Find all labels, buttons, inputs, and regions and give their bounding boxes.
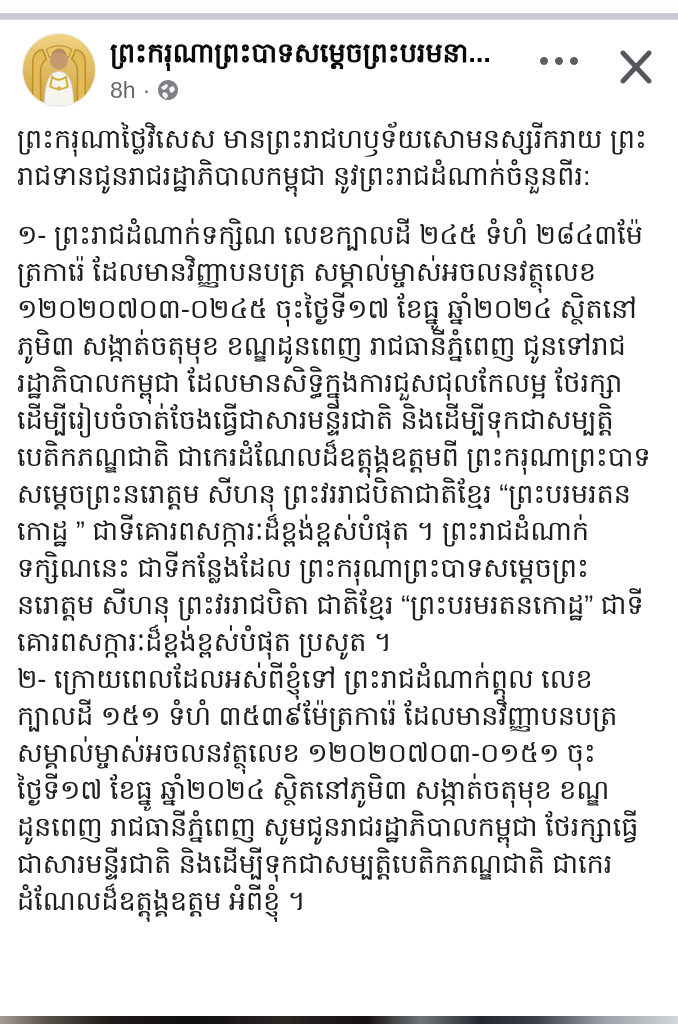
post-meta: 8h · (110, 77, 530, 104)
meta-separator: · (143, 77, 151, 104)
profile-avatar[interactable] (22, 33, 96, 107)
more-options-button[interactable] (538, 45, 580, 77)
facebook-post-overlay: ព្រះករុណាព្រះបាទសម្ដេចព្រះបរមនា... 8h · (0, 0, 678, 1024)
attached-photo-top-edge[interactable] (0, 1016, 678, 1024)
header-actions (538, 33, 658, 89)
post-intro: ព្រះករុណាថ្លៃវិសេស មានព្រះរាជហឫទ័យសោមនស្… (17, 121, 661, 195)
post-item-2: ២- ក្រោយពេលដែលអស់ពីខ្ញុំទៅ ព្រះរាជដំណាក់… (17, 661, 661, 920)
post-body: ព្រះករុណាថ្លៃវិសេស មានព្រះរាជហឫទ័យសោមនស្… (0, 113, 678, 920)
timestamp[interactable]: 8h (110, 77, 136, 104)
more-options-icon (540, 57, 548, 65)
close-button[interactable] (614, 45, 658, 89)
top-margin (0, 0, 678, 13)
close-icon (614, 45, 658, 89)
page-title[interactable]: ព្រះករុណាព្រះបាទសម្ដេចព្រះបរមនា... (110, 37, 530, 71)
header-text-block: ព្រះករុណាព្រះបាទសម្ដេចព្រះបរមនា... 8h · (110, 33, 530, 104)
post-item-1: ១- ព្រះរាជដំណាក់ទក្សិណ លេខក្បាលដី ២៤៥ ទំ… (17, 217, 661, 661)
post-header: ព្រះករុណាព្រះបាទសម្ដេចព្រះបរមនា... 8h · (0, 20, 678, 113)
avatar-image (23, 34, 95, 106)
overlay-top-divider (0, 13, 678, 20)
globe-icon (157, 79, 179, 101)
